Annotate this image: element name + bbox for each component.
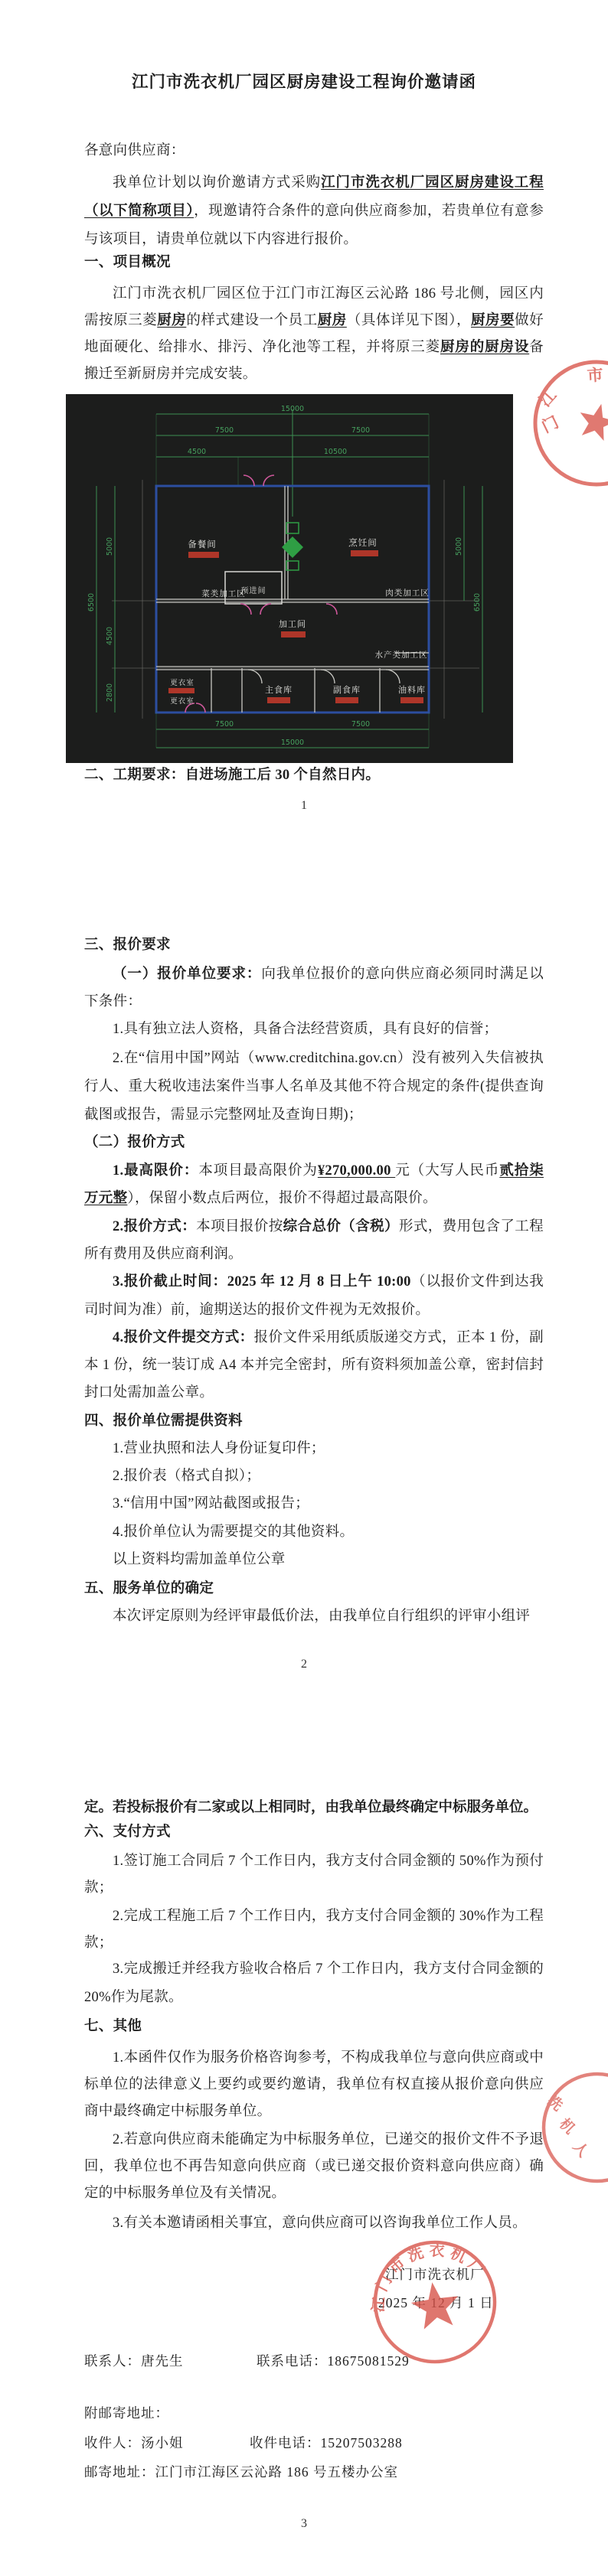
deadline-paragraph: 3.报价截止时间：2025 年 12 月 8 日上午 10:00（以报价文件到达…	[84, 1268, 544, 1325]
area-label-oil	[400, 697, 423, 703]
mail-address: 江门市江海区云沁路 186 号五楼办公室	[155, 2464, 399, 2480]
recipient-name: 汤小姐	[141, 2435, 184, 2450]
area-label-dressing	[168, 688, 194, 693]
section7-heading: 七、其他	[84, 2013, 544, 2040]
submission-paragraph: 4.报价文件提交方式：报价文件采用纸质版递交方式，正本 1 份，副本 1 份，统…	[84, 1324, 544, 1407]
dim-mid-left: 4500	[188, 448, 206, 456]
edge-seal-star	[575, 399, 608, 442]
edge-seal-mid-char-xi: 洗	[544, 2092, 566, 2115]
material-note: 以上资料均需加盖单位公章	[84, 1546, 544, 1573]
overview-kitchen-2: 厨房	[318, 313, 347, 328]
section3-heading: 三、报价要求	[84, 931, 544, 959]
page-number-2: 2	[0, 1658, 608, 1671]
dim-top-left: 7500	[215, 426, 234, 435]
max-price-label: 1.最高限价：	[113, 1163, 198, 1179]
dim-bottom-right: 7500	[351, 720, 370, 729]
room-subfood-store: 副食库	[333, 684, 361, 695]
room-cook: 烹饪间	[348, 537, 378, 548]
dim-bottom-left: 7500	[215, 720, 234, 729]
inquiry-invitation-letter: 江门市洗衣机厂园区厨房建设工程询价邀请函 各意向供应商： 我单位计划以询价邀请方…	[0, 0, 608, 2576]
quoter-requirements-paragraph: （一）报价单位要求：向我单位报价的意向供应商必须同时满足以下条件：	[84, 960, 544, 1016]
edge-seal-char-shi: 市	[587, 366, 604, 385]
edge-seal-char-men: 门	[539, 412, 561, 436]
dim-mid-right: 10500	[324, 448, 347, 456]
dim-left-outer: 6500	[87, 593, 96, 611]
plan-background	[66, 394, 513, 763]
section5-heading: 五、服务单位的确定	[84, 1575, 544, 1603]
payment-item-3: 3.完成搬迁并经我方验收合格后 7 个工作日内，我方支付合同金额的 20%作为尾…	[84, 1955, 544, 2012]
intro-paragraph: 我单位计划以询价邀请方式采购江门市洗衣机厂园区厨房建设工程（以下简称项目），现邀…	[84, 169, 544, 254]
contact-phone-row: 联系电话：18675081529	[257, 2351, 410, 2370]
contact-person-row: 联系人：唐先生	[84, 2351, 184, 2370]
area-label-prep	[188, 552, 219, 558]
area-label-staple	[267, 697, 290, 703]
room-process: 加工间	[279, 618, 306, 629]
overview-kitchen-1: 厨房	[157, 313, 186, 328]
mail-address-label: 邮寄地址：	[84, 2464, 155, 2480]
dim-right-outer: 6500	[473, 593, 482, 611]
material-item-4: 4.报价单位认为需要提交的其他资料。	[84, 1518, 544, 1546]
room-prep: 备餐间	[188, 539, 217, 549]
mail-heading: 附邮寄地址：	[84, 2403, 169, 2422]
payment-item-2: 2.完成工程施工后 7 个工作日内，我方支付合同金额的 30%作为工程款；	[84, 1903, 544, 1957]
page-number-3: 3	[0, 2517, 608, 2531]
page-number-1: 1	[0, 799, 608, 813]
other-item-1: 1.本函件仅作为服务价格咨询参考，不构成我单位与意向供应商或中标单位的法律意义上…	[84, 2045, 544, 2125]
overview-kitchen-3: 厨房要	[471, 313, 515, 328]
evaluation-paragraph-page2: 本次评定原则为经评审最低价法，由我单位自行组织的评审小组评	[84, 1603, 544, 1630]
quote-method-pre: 本项目报价按	[196, 1219, 283, 1234]
max-price-post: ），保留小数点后两位，报价不得超过最高限价。	[127, 1191, 436, 1206]
room-dressing-2: 更衣室	[170, 696, 194, 706]
payment-item-1: 1.签订施工合同后 7 个工作日内，我方支付合同金额的 50%作为预付款；	[84, 1848, 544, 1902]
salutation: 各意向供应商：	[84, 137, 544, 165]
recipient-phone: 15207503288	[321, 2435, 403, 2450]
room-staple-store: 主食库	[265, 684, 293, 695]
zone-veg: 菜类加工区	[201, 589, 246, 598]
page-title: 江门市洗衣机厂园区厨房建设工程询价邀请函	[0, 69, 608, 93]
recipient-label: 收件人：	[84, 2435, 141, 2450]
other-item-3: 3.有关本邀请函相关事宜，意向供应商可以咨询我单位工作人员。	[84, 2209, 544, 2237]
section2-heading: 二、工期要求：自进场施工后 30 个自然日内。	[84, 761, 544, 789]
quote-method-label: 2.报价方式：	[113, 1219, 196, 1234]
submission-label: 4.报价文件提交方式：	[113, 1330, 254, 1345]
edge-seal-char-jiang: 江	[535, 386, 560, 410]
material-item-2: 2.报价表（格式自拟）；	[84, 1462, 544, 1490]
room-dressing-1: 更衣室	[170, 678, 194, 687]
room-oil-store: 油料库	[398, 684, 426, 695]
quote-method-paragraph: 2.报价方式：本项目报价按综合总价（含税）形式，费用包含了工程所有费用及供应商利…	[84, 1213, 544, 1268]
sub2-heading: （二）报价方式	[84, 1129, 544, 1156]
recipient-phone-label: 收件电话：	[250, 2435, 321, 2450]
overview-c: 的样式建设一个员工	[186, 313, 317, 328]
contact-phone-label: 联系电话：	[257, 2353, 328, 2369]
dim-bottom-total: 15000	[281, 739, 304, 747]
signature-org: 江门市洗衣机厂	[385, 2265, 485, 2284]
signature-date: 2025 年 12 月 1 日	[378, 2293, 494, 2312]
section6-heading: 六、支付方式	[84, 1818, 544, 1846]
material-item-3: 3.“信用中国”网站截图或报告；	[84, 1490, 544, 1518]
dim-left-mid: 4500	[106, 627, 114, 645]
evaluation-paragraph-page3: 定。若投标报价有二家或以上相同时，由我单位最终确定中标服务单位。	[84, 1794, 544, 1821]
requirement-item-1: 1.具有独立法人资格，具备合法经营资质，具有良好的信誉；	[84, 1016, 544, 1043]
overview-kitchen-4: 厨房的厨房设	[440, 340, 529, 355]
max-price-amount: ¥270,000.00	[318, 1163, 395, 1179]
mail-address-row: 邮寄地址：江门市江海区云沁路 186 号五楼办公室	[84, 2462, 398, 2481]
intro-pre: 我单位计划以询价邀请方式采购	[113, 175, 321, 191]
area-label-process	[281, 631, 306, 637]
max-price-pre: 本项目最高限价为	[198, 1163, 318, 1179]
floor-plan-image: 15000 7500 7500 4500 10500 6500 5000 450…	[66, 394, 513, 763]
other-item-2: 2.若意向供应商未能确定为中标服务单位，已递交的报价文件不予退回，我单位也不再告…	[84, 2127, 544, 2207]
section1-heading: 一、项目概况	[84, 249, 544, 276]
max-price-mid: 元（大写人民币	[395, 1163, 499, 1179]
sub1-label: （一）报价单位要求：	[113, 967, 261, 982]
dim-top-right: 7500	[351, 426, 370, 435]
recipient-row: 收件人：汤小姐	[84, 2433, 184, 2452]
dim-left-inner: 5000	[106, 537, 114, 556]
edge-seal-mid-char-ren: 人	[570, 2138, 592, 2160]
contact-label: 联系人：	[84, 2353, 141, 2369]
quote-method-emphasis: 综合总价（含税）	[283, 1219, 399, 1234]
material-item-1: 1.营业执照和法人身份证复印件；	[84, 1435, 544, 1462]
edge-seal-mid-char-ji: 机	[556, 2115, 579, 2137]
contact-phone: 18675081529	[328, 2353, 410, 2369]
area-label-cook	[351, 550, 378, 556]
max-price-paragraph: 1.最高限价：本项目最高限价为¥270,000.00 元（大写人民币贰拾柒万元整…	[84, 1157, 544, 1212]
dim-left-lower: 2800	[106, 683, 114, 702]
zone-meat: 肉类加工区	[385, 588, 430, 598]
zone-aquatic: 水产类加工区	[375, 650, 428, 660]
deadline-label: 3.报价截止时间：2025 年 12 月 8 日上午 10:00	[113, 1274, 411, 1290]
recipient-phone-row: 收件电话：15207503288	[250, 2433, 403, 2452]
overview-e: （具体详见下图），	[347, 313, 471, 328]
area-label-subfood	[335, 697, 358, 703]
section4-heading: 四、报价单位需提供资料	[84, 1407, 544, 1435]
edge-seal-page3: 洗 机 人	[539, 2069, 608, 2192]
project-overview-paragraph: 江门市洗衣机厂园区位于江门市江海区云沁路 186 号北侧，园区内需按原三菱厨房的…	[84, 281, 544, 388]
requirement-item-2: 2.在“信用中国”网站（www.creditchina.gov.cn）没有被列入…	[84, 1045, 544, 1130]
contact-name: 唐先生	[141, 2353, 184, 2369]
dim-right-inner: 5000	[455, 537, 463, 556]
